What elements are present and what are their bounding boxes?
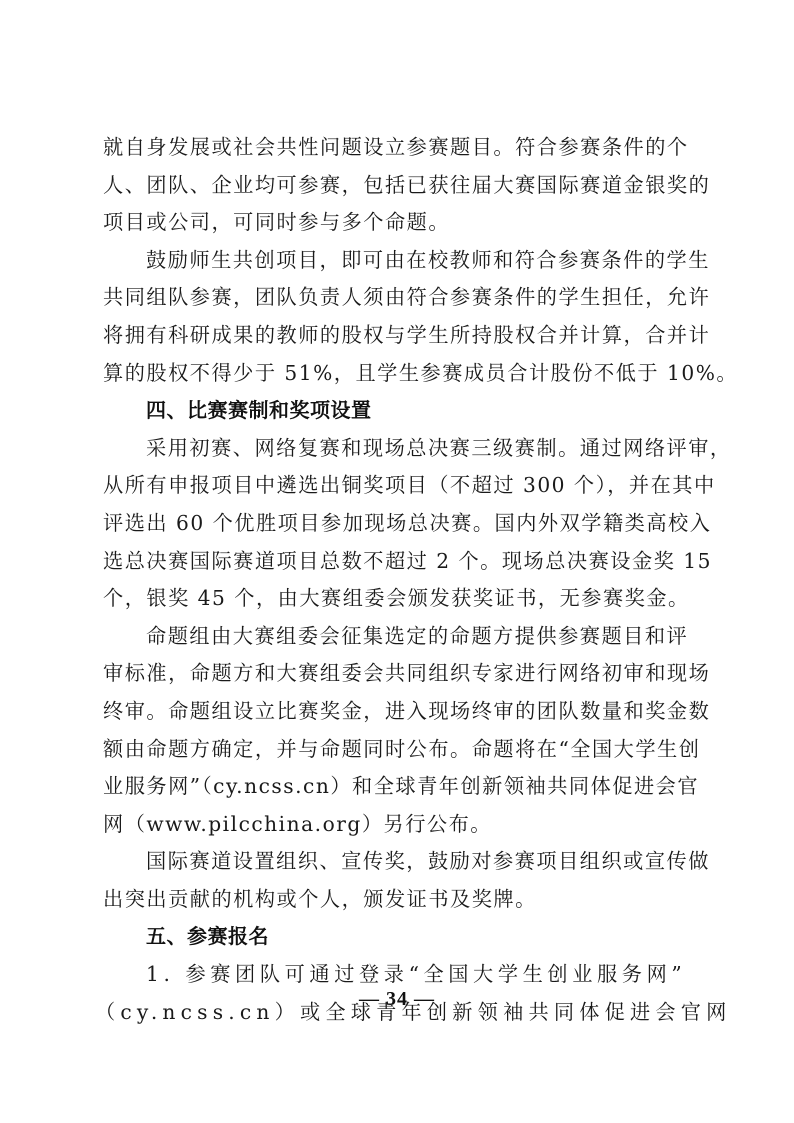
text-line: 选总决赛国际赛道项目总数不超过 2 个。现场总决赛设金奖 15: [103, 543, 693, 581]
document-page: 就自身发展或社会共性问题设立参赛题目。符合参赛条件的个 人、团队、企业均可参赛，…: [103, 129, 693, 1031]
text-line: 国际赛道设置组织、宣传奖，鼓励对参赛项目组织或宣传做: [103, 843, 693, 881]
text-line: 网（www.pilcchina.org）另行公布。: [103, 806, 693, 844]
paragraph-eligibility: 就自身发展或社会共性问题设立参赛题目。符合参赛条件的个 人、团队、企业均可参赛，…: [103, 129, 693, 242]
text-line: 出突出贡献的机构或个人，颁发证书及奖牌。: [103, 881, 693, 919]
text-line: 将拥有科研成果的教师的股权与学生所持股权合并计算，合并计: [103, 317, 693, 355]
text-line: 鼓励师生共创项目，即可由在校教师和符合参赛条件的学生: [103, 242, 693, 280]
text-line: 人、团队、企业均可参赛，包括已获往届大赛国际赛道金银奖的: [103, 167, 693, 205]
text-line: 终审。命题组设立比赛奖金，进入现场终审的团队数量和奖金数: [103, 693, 693, 731]
section-heading-competition-format: 四、比赛赛制和奖项设置: [103, 392, 693, 430]
paragraph-teacher-student-projects: 鼓励师生共创项目，即可由在校教师和符合参赛条件的学生 共同组队参赛，团队负责人须…: [103, 242, 693, 392]
page-number: — 34 —: [0, 988, 794, 1011]
text-line: 个，银奖 45 个，由大赛组委会颁发获奖证书，无参赛奖金。: [103, 580, 693, 618]
text-line: 额由命题方确定，并与命题同时公布。命题将在“全国大学生创: [103, 731, 693, 769]
text-line: 就自身发展或社会共性问题设立参赛题目。符合参赛条件的个: [103, 129, 693, 167]
text-line: 评选出 60 个优胜项目参加现场总决赛。国内外双学籍类高校入: [103, 505, 693, 543]
paragraph-proposition-group: 命题组由大赛组委会征集选定的命题方提供参赛题目和评 审标准，命题方和大赛组委会共…: [103, 618, 693, 844]
text-line: 从所有申报项目中遴选出铜奖项目（不超过 300 个），并在其中: [103, 467, 693, 505]
text-line: 业服务网”（cy.ncss.cn）和全球青年创新领袖共同体促进会官: [103, 768, 693, 806]
text-line: 算的股权不得少于 51%，且学生参赛成员合计股份不低于 10%。: [103, 355, 693, 393]
paragraph-competition-format: 采用初赛、网络复赛和现场总决赛三级赛制。通过网络评审， 从所有申报项目中遴选出铜…: [103, 430, 693, 618]
section-heading-registration: 五、参赛报名: [103, 918, 693, 956]
text-line: 审标准，命题方和大赛组委会共同组织专家进行网络初审和现场: [103, 655, 693, 693]
text-line: 项目或公司，可同时参与多个命题。: [103, 204, 693, 242]
text-line: 命题组由大赛组委会征集选定的命题方提供参赛题目和评: [103, 618, 693, 656]
text-line: 采用初赛、网络复赛和现场总决赛三级赛制。通过网络评审，: [103, 430, 693, 468]
text-line: 共同组队参赛，团队负责人须由符合参赛条件的学生担任，允许: [103, 279, 693, 317]
paragraph-international-awards: 国际赛道设置组织、宣传奖，鼓励对参赛项目组织或宣传做 出突出贡献的机构或个人，颁…: [103, 843, 693, 918]
